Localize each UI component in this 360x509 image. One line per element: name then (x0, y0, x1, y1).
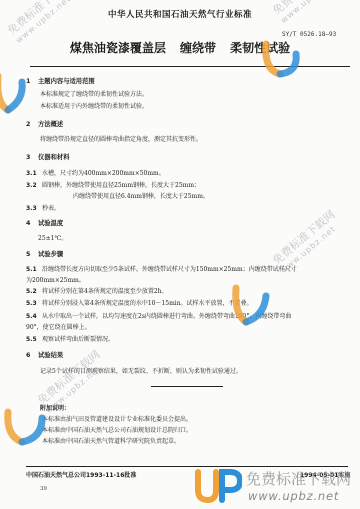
up-logo-icon (226, 282, 274, 332)
brand-site-name: 免费标准下载网 (246, 468, 351, 489)
up-brand-logo-icon (192, 466, 242, 506)
item-5-3: 5.3将试样分别浸入第4条所规定温度的水中10～15min。试样水平放置，不重叠… (26, 298, 253, 307)
document-title: 煤焦油瓷漆覆盖层 缠绕带 柔韧性试验 (0, 39, 360, 56)
section-2-paragraph: 将缠绕带沿规定直径的圆棒弯曲指定角度，测定其抗变形性。 (40, 134, 202, 143)
brand-site-url[interactable]: www.upbz.net (248, 489, 339, 503)
section-1-paragraph-2: 本标准适用于内外缠绕带的柔韧性试验。 (40, 101, 148, 110)
item-5-4: 5.4从水中取出一个试样，以均匀速度在2s内绕圆棒进行弯曲。外缠绕带弯曲180°… (26, 311, 291, 320)
section-6-heading: 6试验结果 (26, 350, 63, 359)
section-3-heading: 3仪器和材料 (26, 152, 69, 161)
section-2-heading: 2方法概述 (26, 119, 63, 128)
page-number: 39 (40, 486, 47, 492)
additional-notes-heading: 附加说明： (40, 403, 70, 412)
header-divider (30, 66, 350, 67)
industry-standard-header: 中华人民共和国石油天然气行业标准 (0, 8, 360, 20)
additional-note-3: 本标准由中国石油天然气管道科学研究院负责起草。 (42, 436, 180, 445)
document-page: 中华人民共和国石油天然气行业标准 SY/T 0526.18—93 煤焦油瓷漆覆盖… (0, 0, 360, 509)
section-1-heading: 1主题内容与适用范围 (26, 76, 95, 85)
item-5-1-continuation: 为200mm×25mm。 (26, 275, 85, 284)
item-5-1: 5.1沿缠绕带长度方向切取至少5条试样。外缠绕带试样尺寸为150mm×25mm；… (26, 264, 297, 273)
approval-date: 中国石油天然气总公司1993-11-16批准 (26, 470, 136, 479)
section-4-heading: 4试验温度 (26, 218, 63, 227)
item-3-1: 3.1水槽，尺寸约为400mm×200mm×50mm。 (26, 168, 165, 177)
section-6-paragraph: 记录5个试样的目测观察结果，如无裂纹、不折断，则认为柔韧性试验通过。 (40, 366, 242, 375)
standard-code: SY/T 0526.18—93 (282, 31, 336, 38)
section-1-paragraph-1: 本标准规定了缠绕带的柔韧性试验方法。 (40, 89, 148, 98)
item-3-3: 3.3秒表。 (26, 203, 60, 212)
additional-note-1: 本标准由油气田及管道建设设计专业标准化委员会提出。 (42, 414, 192, 423)
item-5-2: 5.2将试样分别在第4条所规定的温度至少放置2h。 (26, 286, 168, 295)
end-of-text-divider (151, 386, 223, 387)
item-3-2: 3.2圆钢棒，外缠绕带使用直径25mm钢棒，长度大于25mm； (26, 180, 200, 189)
section-5-heading: 5试验步骤 (26, 249, 63, 258)
item-3-2-continuation: 内缠绕带使用直径6.4mm钢棒，长度大于25mm。 (73, 191, 209, 200)
item-5-4-continuation: 90°，使它绕在圆棒上。 (26, 322, 91, 331)
section-4-paragraph: 25±1℃。 (38, 233, 67, 242)
footer-divider (26, 466, 348, 467)
item-5-5: 5.5观察试样弯曲后断裂情况。 (26, 334, 114, 343)
additional-note-2: 本标准由中国石油天然气总公司石油规划设计总院归口。 (42, 425, 192, 434)
